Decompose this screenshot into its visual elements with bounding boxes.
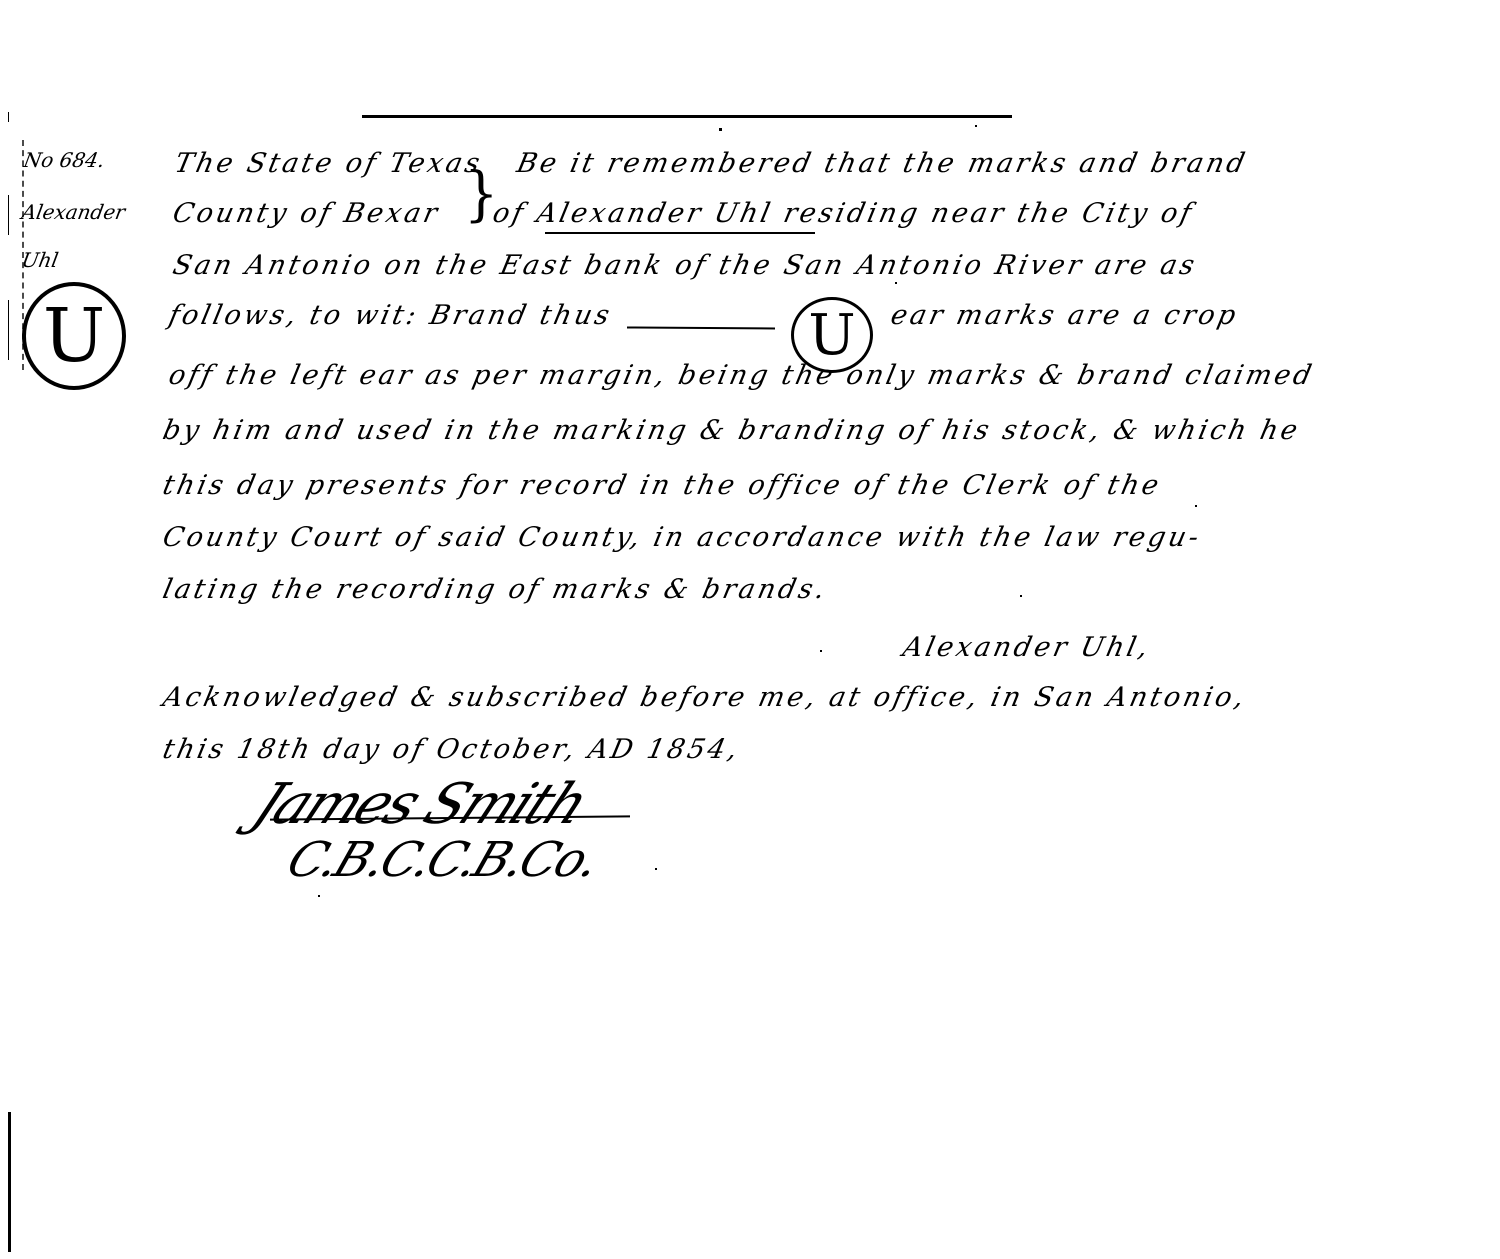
body-line-2: of Alexander Uhl residing near the City … (490, 198, 1197, 229)
scanned-document-page: No 684. Alexander Uhl U The State of Tex… (0, 0, 1500, 1259)
heading-state: The State of Texas (172, 148, 485, 179)
body-line-7: by him and used in the marking & brandin… (160, 415, 1303, 446)
scan-speck (1020, 595, 1022, 597)
scan-speck (1195, 505, 1197, 507)
scan-speck (820, 650, 822, 652)
clerk-signature-title: C.B.C.C.B.Co. (280, 832, 606, 888)
heading-county: County of Bexar (170, 198, 443, 229)
acknowledgement-line-1: Acknowledged & subscribed before me, at … (160, 682, 1250, 713)
body-line-4: follows, to wit: Brand thus (166, 300, 615, 331)
body-line-10: lating the recording of marks & brands. (160, 574, 830, 605)
scan-edge-bar (8, 1112, 11, 1252)
body-line-3: San Antonio on the East bank of the San … (170, 250, 1200, 281)
blank-dash-line (627, 326, 775, 329)
scan-speck (655, 868, 657, 870)
body-line-1: Be it remembered that the marks and bran… (514, 148, 1250, 179)
margin-name-last: Uhl (20, 248, 60, 272)
margin-brand-mark-icon: U (22, 282, 126, 390)
scan-edge-mark (8, 300, 9, 360)
brand-letter: U (43, 293, 105, 379)
scan-speck (895, 282, 897, 284)
scan-edge-mark (8, 112, 9, 122)
owner-signature: Alexander Uhl, (900, 632, 1154, 663)
clerk-signature-name: James Smith (243, 772, 597, 837)
body-line-6: off the left ear as per margin, being th… (166, 360, 1317, 391)
scan-speck (318, 895, 320, 897)
owner-name-underline (545, 232, 815, 234)
margin-record-number: No 684. (22, 148, 107, 172)
scan-speck (719, 128, 722, 131)
top-horizontal-rule (362, 115, 1012, 118)
body-line-8: this day presents for record in the offi… (160, 470, 1164, 501)
brand-letter: U (808, 303, 855, 368)
body-line-5: ear marks are a crop (888, 300, 1241, 331)
body-line-9: County Court of said County, in accordan… (160, 522, 1204, 553)
margin-name-first: Alexander (20, 200, 127, 224)
scan-speck (975, 125, 977, 127)
scan-edge-mark (8, 195, 9, 235)
acknowledgement-line-2: this 18th day of October, AD 1854, (160, 734, 743, 765)
